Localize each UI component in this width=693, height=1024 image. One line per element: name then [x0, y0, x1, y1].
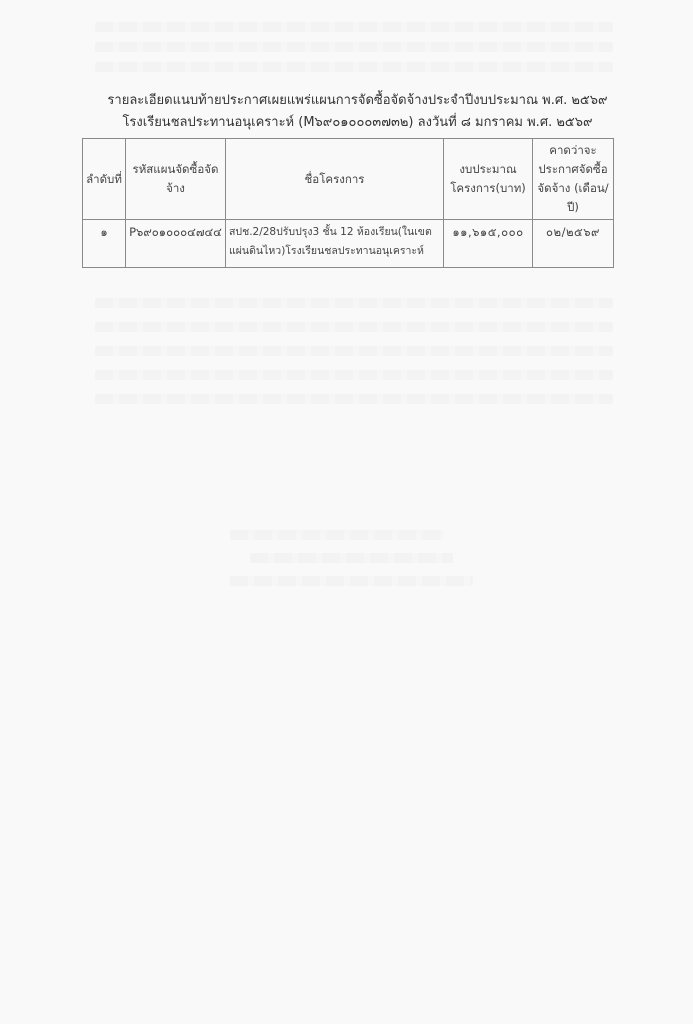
document-page: รายละเอียดแนบท้ายประกาศเผยแพร่แผนการจัดซ…: [0, 0, 693, 1024]
header-plan-code: รหัสแผนจัดซื้อจัดจ้าง: [126, 139, 226, 220]
cell-expected-date: ๐๒/๒๕๖๙: [533, 220, 614, 268]
cell-project-name: สปช.2/28ปรับปรุง3 ชั้น 12 ห้องเรียน(ในเข…: [226, 220, 444, 268]
header-expected-date: คาดว่าจะประกาศจัดซื้อจัดจ้าง (เดือน/ปี): [533, 139, 614, 220]
table-header-row: ลำดับที่ รหัสแผนจัดซื้อจัดจ้าง ชื่อโครงก…: [83, 139, 614, 220]
header-project-name: ชื่อโครงการ: [226, 139, 444, 220]
bleed-through: [95, 346, 613, 356]
bleed-through: [95, 42, 613, 52]
bleed-through: [95, 322, 613, 332]
document-title: รายละเอียดแนบท้ายประกาศเผยแพร่แผนการจัดซ…: [22, 89, 693, 110]
bleed-through: [230, 576, 473, 586]
bleed-through: [250, 553, 453, 563]
procurement-plan-table: ลำดับที่ รหัสแผนจัดซื้อจัดจ้าง ชื่อโครงก…: [82, 138, 614, 268]
header-budget: งบประมาณโครงการ(บาท): [444, 139, 533, 220]
bleed-through: [95, 370, 613, 380]
bleed-through: [95, 62, 613, 72]
bleed-through: [230, 530, 443, 540]
bleed-through: [95, 394, 613, 404]
table-row: ๑ P๖๙๐๑๐๐๐๔๗๔๔ สปช.2/28ปรับปรุง3 ชั้น 12…: [83, 220, 614, 268]
cell-seq: ๑: [83, 220, 126, 268]
cell-budget: ๑๑,๖๑๕,๐๐๐: [444, 220, 533, 268]
cell-plan-code: P๖๙๐๑๐๐๐๔๗๔๔: [126, 220, 226, 268]
document-subtitle: โรงเรียนชลประทานอนุเคราะห์ (M๖๙๐๑๐๐๐๓๗๓๒…: [22, 111, 693, 132]
bleed-through: [95, 298, 613, 308]
header-seq: ลำดับที่: [83, 139, 126, 220]
bleed-through: [95, 22, 613, 32]
